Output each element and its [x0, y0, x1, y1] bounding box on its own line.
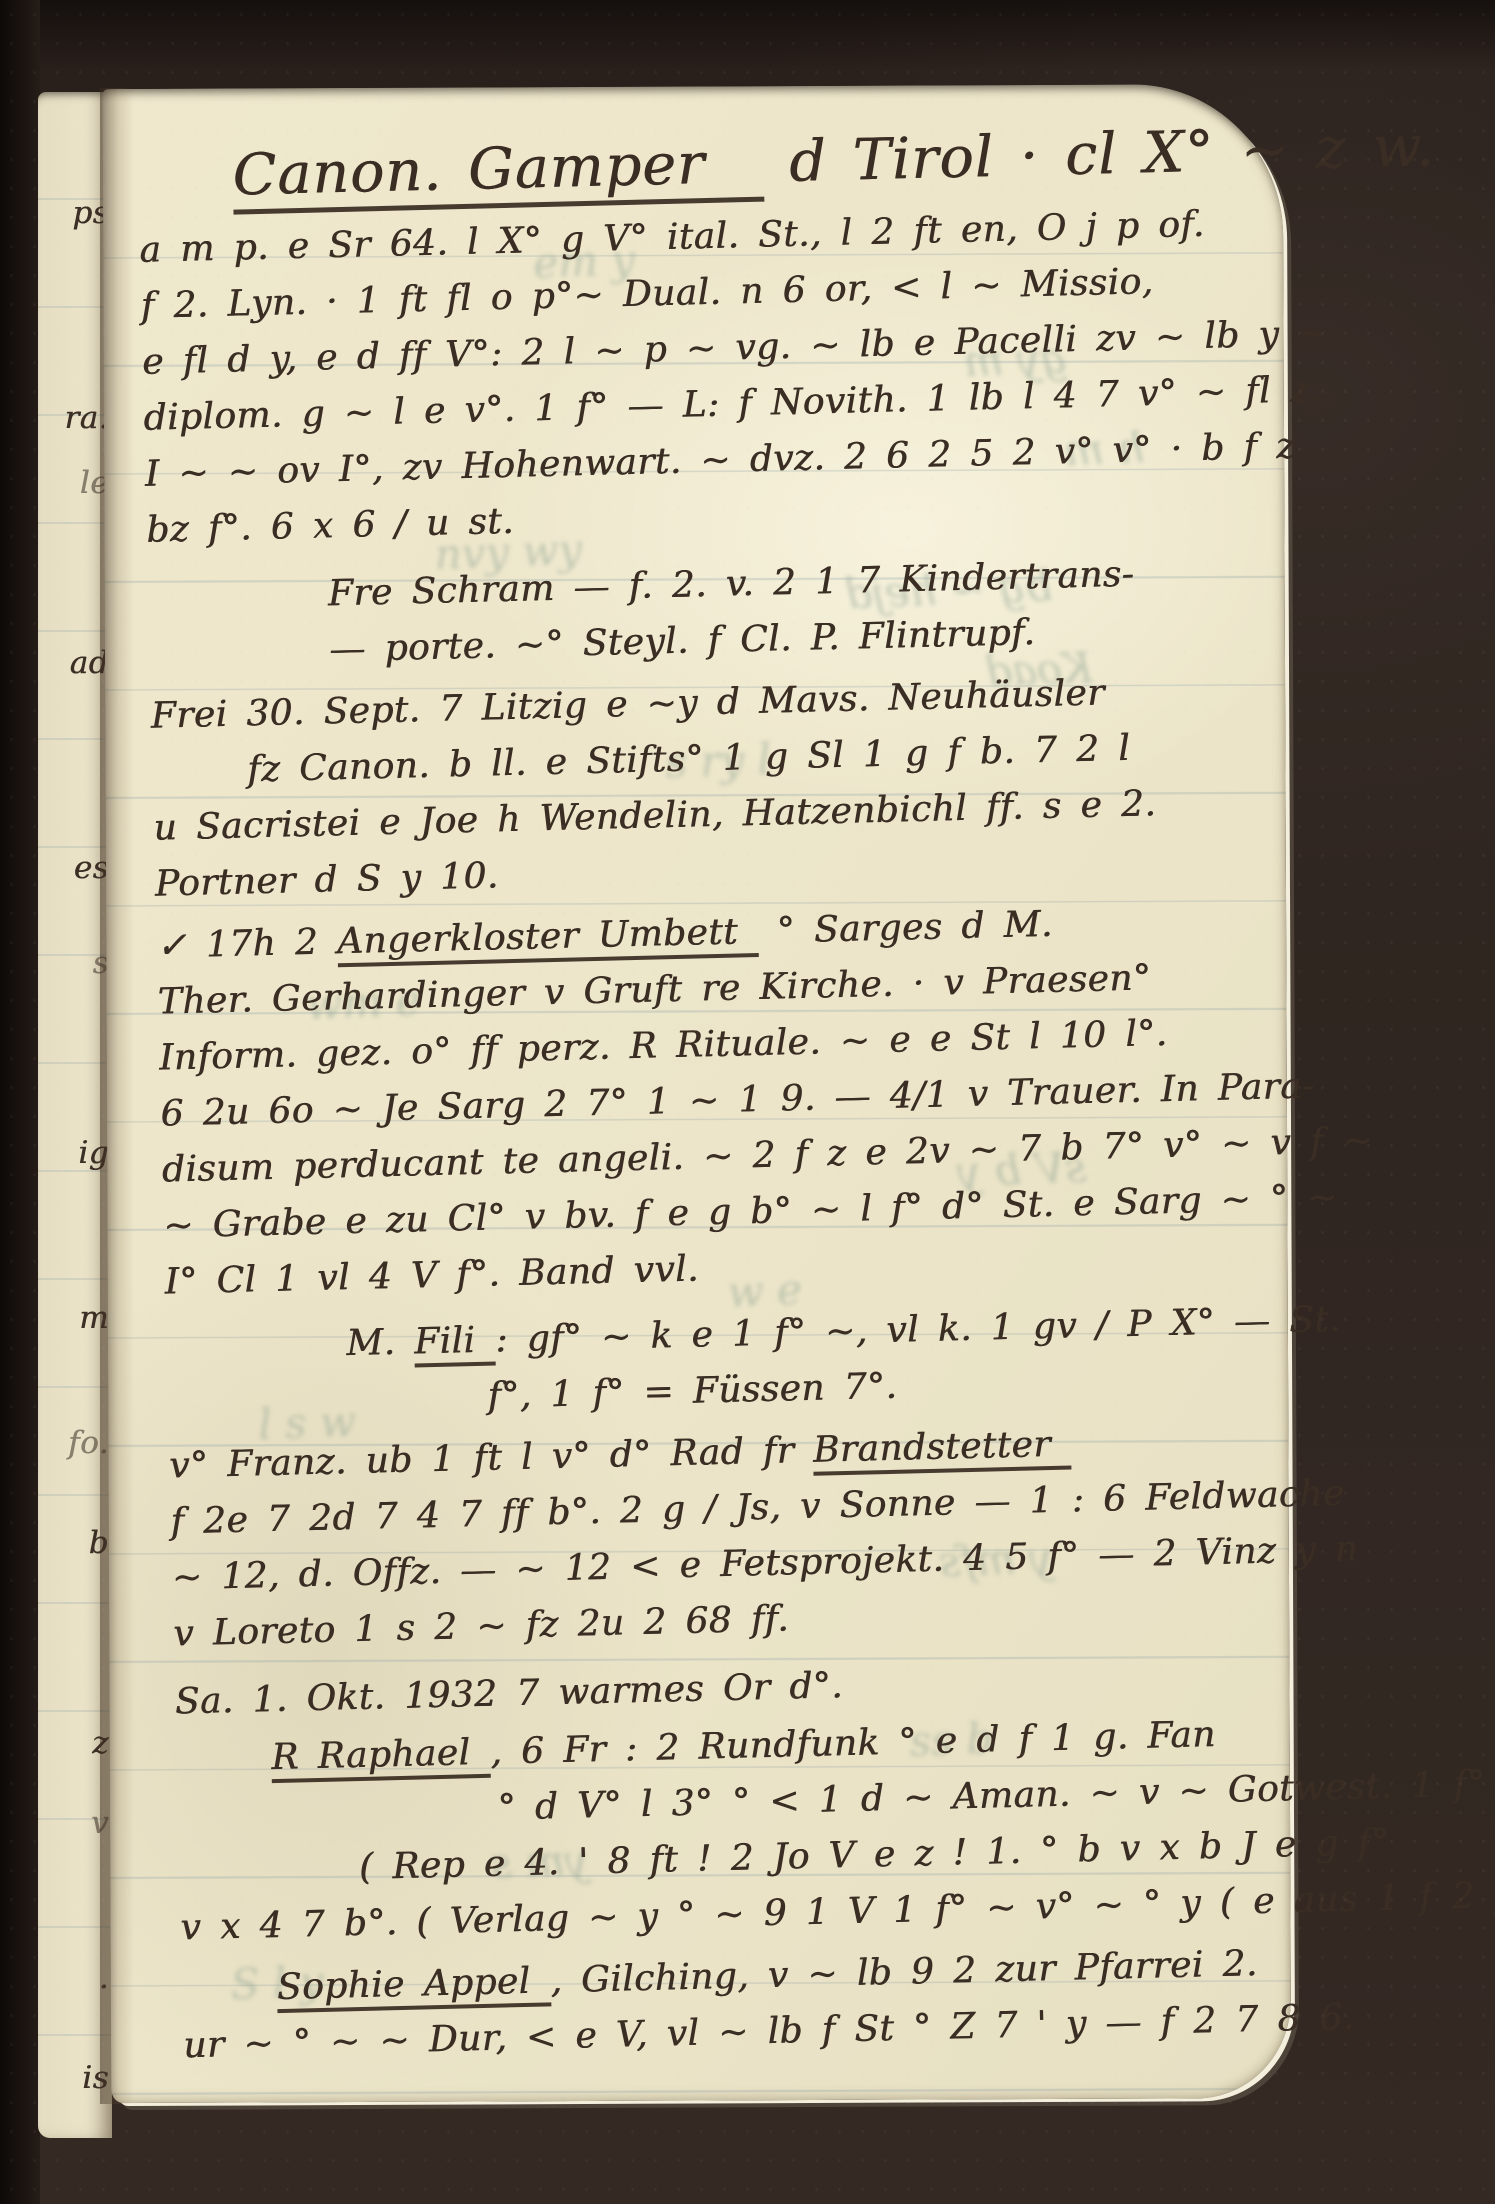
facing-page-text-fragment: v — [91, 1805, 109, 1841]
text-layer: Canon. Gamper d Tirol · cl X° ~ z w.a m … — [137, 113, 1316, 2074]
handwriting-segment: v° Franz. ub 1 ft l v° d° Rad fr — [169, 1430, 814, 1487]
handwriting-segment: d Tirol · cl X° ~ z w. — [762, 113, 1435, 195]
facing-page-text-fragment: . — [99, 1960, 109, 1996]
facing-page-text-fragment: is — [82, 2060, 109, 2096]
handwriting-segment: , Gilching, v ~ lb 9 2 zur Pfarrei 2. — [550, 1943, 1258, 2001]
handwriting-segment: v Loreto 1 s 2 ~ fz 2u 2 68 ff. — [173, 1598, 790, 1654]
underlined-phrase: Angerkloster Umbett — [336, 911, 758, 967]
facing-page-text-fragment: b — [89, 1525, 109, 1561]
underlined-phrase: Canon. Gamper — [232, 130, 764, 215]
underlined-phrase: Sophie Appel — [276, 1960, 551, 2013]
handwriting-segment: I° Cl 1 vl 4 V f°. Band vvl. — [164, 1249, 699, 1303]
handwriting-segment: bz f°. 6 x 6 / u st. — [146, 501, 515, 551]
handwriting-segment: ✓ 17h 2 — [156, 921, 338, 966]
handwriting-segment: — porte. ~° Steyl. f Cl. P. Flintrupf. — [329, 612, 1036, 670]
facing-page-text-fragment: ad — [70, 645, 109, 681]
facing-page-text-fragment: m — [79, 1300, 109, 1336]
facing-page-text-fragment: fo. — [68, 1425, 109, 1461]
photograph-backdrop: psra.leadessigmfo.bzv.is em ygy mnvy wyb… — [0, 0, 1495, 2204]
facing-page-text-fragment: es — [74, 850, 109, 886]
facing-page-text-fragment: ra. — [64, 400, 109, 436]
handwriting-segment: M. — [346, 1322, 415, 1365]
underlined-phrase: Brandstetter — [812, 1424, 1071, 1476]
ink-bleedthrough-layer: em ygy mnvy wybg ~ hejds ry lKoadwm esV … — [102, 84, 1282, 89]
handwriting-segment: , 6 Fr : 2 Rundfunk ° e d f 1 g. Fan — [490, 1714, 1216, 1773]
facing-page-text-fragment: ig — [78, 1135, 109, 1171]
underlined-phrase: R Raphael — [271, 1732, 491, 1783]
handwriting-segment: Portner d S y 10. — [154, 855, 499, 904]
facing-page-edge: psra.leadessigmfo.bzv.is — [38, 92, 112, 2138]
handwriting-segment: Sa. 1. Okt. 1932 7 warmes Or d°. — [174, 1665, 843, 1722]
notebook-page: em ygy mnvy wybg ~ hejds ry lKoadwm esV … — [102, 84, 1291, 2103]
underlined-phrase: Fili — [414, 1320, 496, 1368]
handwriting-segment: f°, 1 f° = Füssen 7°. — [487, 1366, 898, 1417]
book-cover-edge — [0, 0, 40, 2204]
backdrop-top-shadow — [0, 0, 1495, 70]
facing-page-text-fragment: z — [92, 1725, 109, 1761]
handwriting-segment: ° Sarges d M. — [757, 904, 1053, 952]
